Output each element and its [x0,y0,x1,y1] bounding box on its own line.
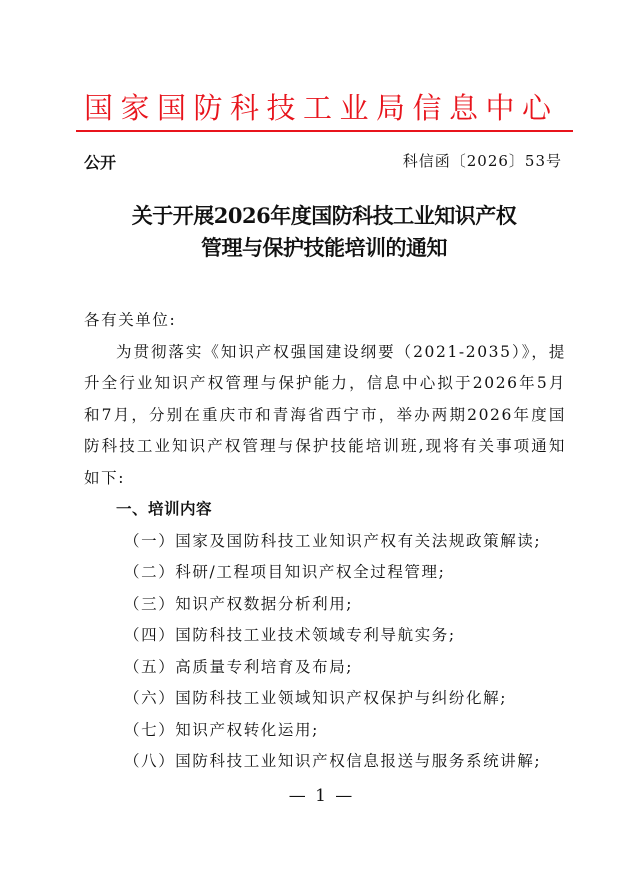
intro-paragraph: 为贯彻落实《知识产权强国建设纲要（2021-2035）》，提升全行业知识产权管理… [84,337,566,495]
document-number: 科信函〔2026〕53号 [403,150,562,171]
list-item: （四）国防科技工业技术领域专利导航实务; [124,620,566,652]
list-item: （六）国防科技工业领域知识产权保护与纠纷化解; [124,683,566,715]
letterhead-org-name: 国家国防科技工业局信息中心 [84,90,564,126]
visibility-label: 公开 [84,150,116,173]
list-item: （一）国家及国防科技工业知识产权有关法规政策解读; [124,526,566,558]
section-heading-training-content: 一、培训内容 [116,494,566,526]
document-body: 各有关单位: 为贯彻落实《知识产权强国建设纲要（2021-2035）》，提升全行… [84,305,566,778]
list-item: （三）知识产权数据分析利用; [124,589,566,621]
document-meta-row: 公开 科信函〔2026〕53号 [84,150,564,172]
document-title: 关于开展2026年度国防科技工业知识产权 管理与保护技能培训的通知 [84,200,564,264]
salutation: 各有关单位: [84,305,566,337]
list-item: （七）知识产权转化运用; [124,715,566,747]
list-item: （五）高质量专利培育及布局; [124,652,566,684]
page-number: — 1 — [0,786,643,806]
letterhead-red-rule [76,130,573,132]
title-line-1: 关于开展2026年度国防科技工业知识产权 [84,200,564,232]
list-item: （八）国防科技工业知识产权信息报送与服务系统讲解; [124,746,566,778]
title-line-2: 管理与保护技能培训的通知 [84,232,564,264]
list-item: （二）科研/工程项目知识产权全过程管理; [124,557,566,589]
